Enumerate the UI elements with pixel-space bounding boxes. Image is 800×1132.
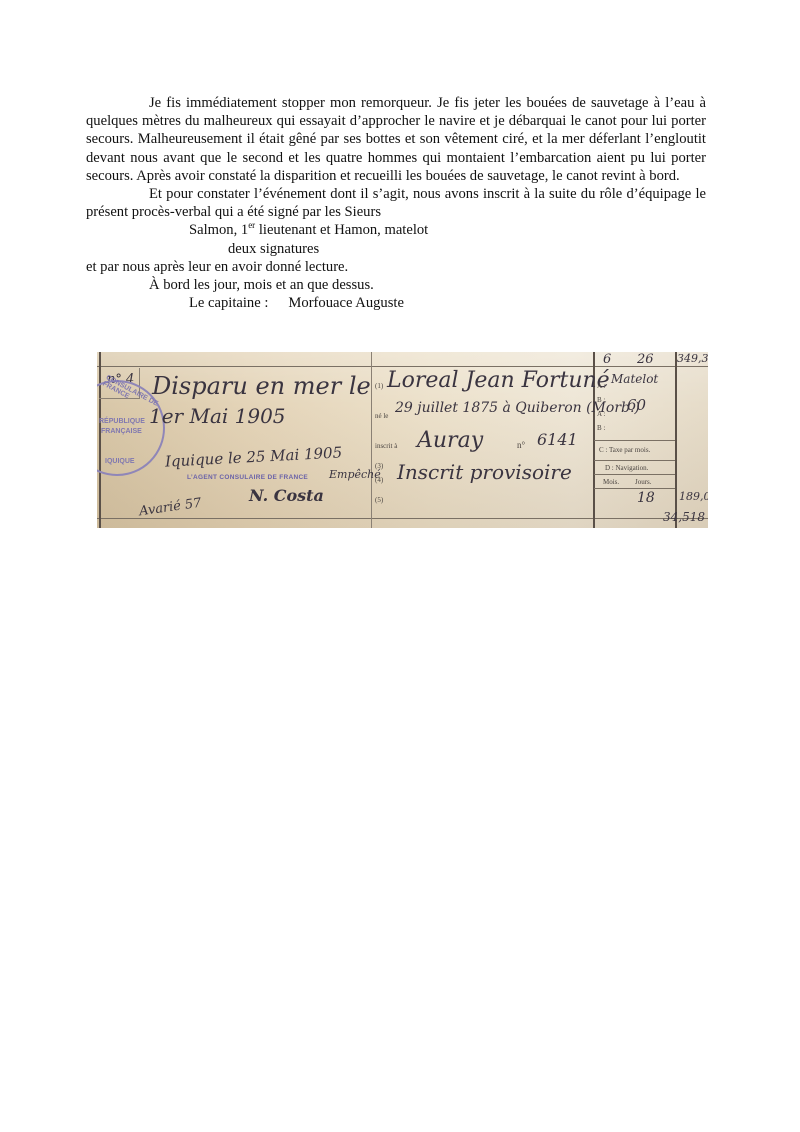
number-value: 6141: [537, 430, 578, 449]
b-label: B :: [597, 396, 605, 404]
a2-label: A :: [597, 410, 605, 418]
inscrit-value: Auray: [417, 428, 483, 453]
top-value-2: 26: [637, 352, 654, 367]
inscrit-label: inscrit à: [375, 442, 397, 450]
lecture-line: et par nous après leur en avoir donné le…: [86, 258, 706, 276]
a-label: A :: [597, 382, 605, 390]
register-c-rule: [594, 440, 675, 441]
sailor-name: Loreal Jean Fortuné: [387, 368, 610, 393]
a-value: Matelot: [611, 372, 658, 386]
signatures-line: deux signatures: [86, 240, 706, 258]
b-value: 60: [627, 396, 646, 414]
consular-agent-line: L’AGENT CONSULAIRE DE FRANCE: [187, 474, 308, 481]
date-disparition: 1er Mai 1905: [149, 404, 286, 428]
total-value: 34,518: [663, 510, 705, 524]
jours-value: 18: [637, 490, 655, 506]
consular-suffix: Empêché: [329, 468, 381, 481]
register-d-rule-2: [594, 474, 675, 475]
register-top-rule: [97, 366, 708, 367]
b2-label: B :: [597, 424, 605, 432]
amount-value: 189,00: [679, 490, 708, 503]
sieurs-line: Salmon, 1er lieutenant et Hamon, matelot: [86, 221, 706, 239]
disparu-line: Disparu en mer le: [152, 372, 371, 400]
row-label-5: (5): [375, 496, 383, 504]
paragraph-rescue: Je fis immédiatement stopper mon remorqu…: [86, 94, 706, 185]
row-label-4: (4): [375, 476, 383, 484]
sailor-role: Inscrit provisoire: [397, 460, 572, 484]
sieurs-text-b: lieutenant et Hamon, matelot: [255, 222, 428, 238]
top-value-3: 349,33: [677, 352, 708, 365]
proces-verbal-text: Je fis immédiatement stopper mon remorqu…: [86, 94, 706, 312]
register-photo: n° 4 CONSULAIRE DE FRANCE RÉPUBLIQUE FRA…: [97, 352, 708, 528]
mois-label: Mois.: [603, 478, 619, 486]
c-label: C : Taxe par mois.: [599, 446, 650, 454]
jours-label: Jours.: [635, 478, 652, 486]
bord-line: À bord les jour, mois et an que dessus.: [86, 276, 706, 294]
paragraph-constater: Et pour constater l’événement dont il s’…: [86, 185, 706, 221]
captain-label: Le capitaine :: [189, 295, 268, 311]
register-d-rule: [594, 460, 675, 461]
number-label: n°: [517, 440, 525, 450]
top-value-1: 6: [603, 352, 611, 367]
register-bottom-rule: [97, 518, 708, 519]
d-label: D : Navigation.: [605, 464, 648, 472]
stamp-text-iquique: IQUIQUE: [105, 458, 135, 465]
stamp-text-francaise: FRANÇAISE: [101, 428, 142, 435]
document-page: Je fis immédiatement stopper mon remorqu…: [0, 0, 800, 1132]
row-label-1: (1): [375, 382, 383, 390]
captain-line: Le capitaine :Morfouace Auguste: [86, 294, 706, 312]
row-label-3: (3): [375, 462, 383, 470]
sieurs-text-a: Salmon, 1: [189, 222, 248, 238]
captain-name: Morfouace Auguste: [288, 295, 404, 311]
born-label: né le: [375, 412, 388, 420]
register-mois-rule: [594, 488, 675, 489]
register-col-divider-1: [371, 352, 372, 528]
consul-signature: N. Costa: [249, 486, 324, 505]
register-col-divider-3: [675, 352, 677, 528]
stamp-text-republique: RÉPUBLIQUE: [99, 418, 145, 425]
